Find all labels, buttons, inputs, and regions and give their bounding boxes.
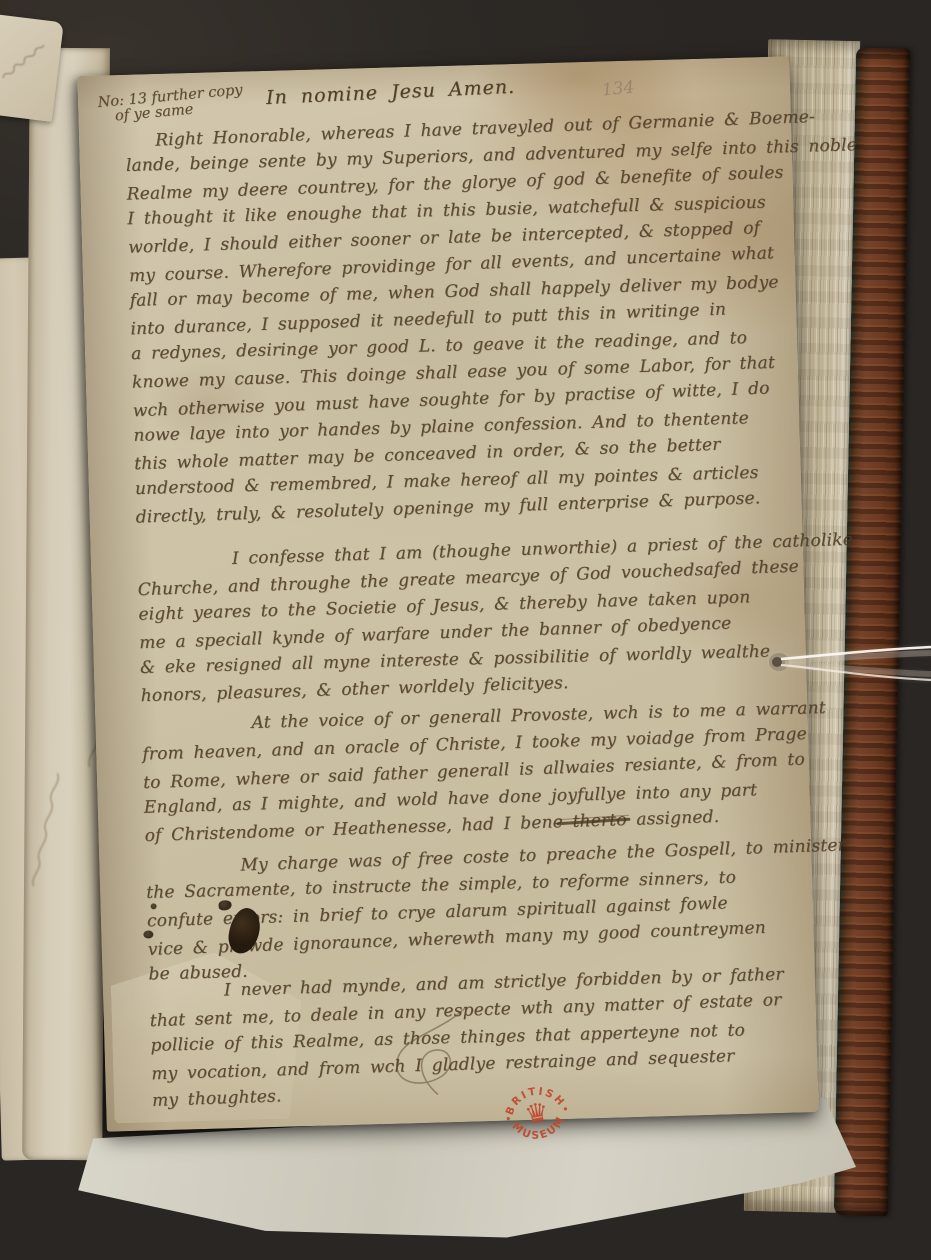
pen-flourish xyxy=(369,1001,492,1114)
stamp-dot-left xyxy=(506,1117,510,1121)
british-museum-stamp: BRITISH MUSEUM ♛ xyxy=(495,1070,578,1153)
manuscript-line: my thoughtes. xyxy=(152,1086,282,1111)
glass-rod-weight xyxy=(764,636,931,690)
ink-speck xyxy=(151,903,157,909)
showthrough-scribble xyxy=(0,34,57,93)
manuscript-text: Right Honorable, whereas I have traveyle… xyxy=(77,56,818,1131)
stamp-crown-icon: ♛ xyxy=(522,1097,551,1132)
manuscript-page: No: 13 further copy of ye same In nomine… xyxy=(77,56,818,1131)
manuscript-line: honors, pleasures, & other worldely feli… xyxy=(140,673,568,706)
manuscript-line: My charge was of free coste to preache t… xyxy=(240,835,846,875)
photograph-background: { "photo": { "background_color": "#2d292… xyxy=(0,0,931,1260)
stamp-dot-right xyxy=(564,1107,568,1111)
